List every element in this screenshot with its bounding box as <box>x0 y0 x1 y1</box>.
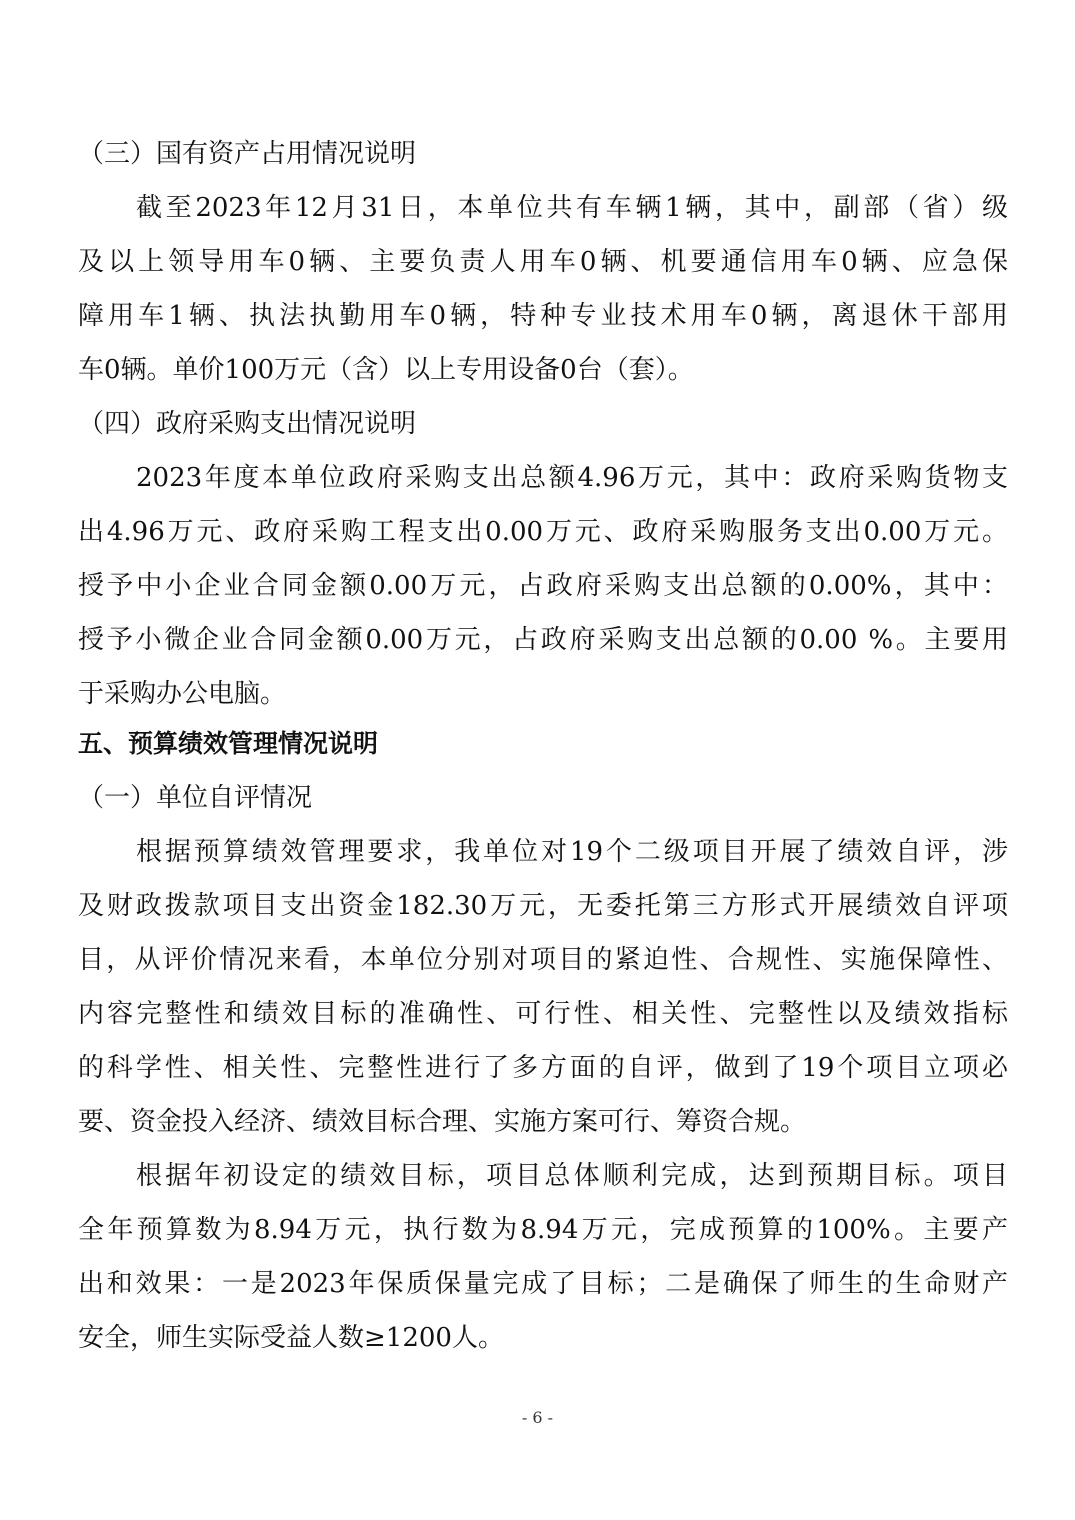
paragraph-line: 车0辆。单价100万元（含）以上专用设备0台（套）。 <box>78 352 1008 388</box>
section-heading-self-evaluation: （一）单位自评情况 <box>78 780 1008 816</box>
paragraph-line: 障用车1辆、执法执勤用车0辆，特种专业技术用车0辆，离退休干部用 <box>78 298 1008 334</box>
paragraph-line: 截至2023年12月31日，本单位共有车辆1辆，其中，副部（省）级 <box>78 190 1008 226</box>
page-number: - 6 - <box>0 1408 1075 1427</box>
section-heading-procurement: （四）政府采购支出情况说明 <box>78 406 1008 442</box>
paragraph-line: 要、资金投入经济、绩效目标合理、实施方案可行、筹资合规。 <box>78 1104 1008 1140</box>
paragraph-line: 出4.96万元、政府采购工程支出0.00万元、政府采购服务支出0.00万元。 <box>78 514 1008 550</box>
paragraph-line: 根据预算绩效管理要求，我单位对19个二级项目开展了绩效自评，涉 <box>78 834 1008 870</box>
paragraph-line: 及以上领导用车0辆、主要负责人用车0辆、机要通信用车0辆、应急保 <box>78 244 1008 280</box>
paragraph-line: 根据年初设定的绩效目标，项目总体顺利完成，达到预期目标。项目 <box>78 1158 1008 1194</box>
paragraph-line: 及财政拨款项目支出资金182.30万元，无委托第三方形式开展绩效自评项 <box>78 888 1008 924</box>
part-heading-performance: 五、预算绩效管理情况说明 <box>78 726 1008 762</box>
paragraph-line: 于采购办公电脑。 <box>78 676 1008 712</box>
paragraph-line: 授予中小企业合同金额0.00万元，占政府采购支出总额的0.00%，其中： <box>78 568 1008 604</box>
paragraph-line: 目，从评价情况来看，本单位分别对项目的紧迫性、合规性、实施保障性、 <box>78 942 1008 978</box>
section-heading-state-assets: （三）国有资产占用情况说明 <box>78 136 1008 172</box>
paragraph-line: 全年预算数为8.94万元，执行数为8.94万元，完成预算的100%。主要产 <box>78 1212 1008 1248</box>
paragraph-line: 出和效果：一是2023年保质保量完成了目标；二是确保了师生的生命财产 <box>78 1266 1008 1302</box>
paragraph-line: 的科学性、相关性、完整性进行了多方面的自评，做到了19个项目立项必 <box>78 1050 1008 1086</box>
paragraph-line: 内容完整性和绩效目标的准确性、可行性、相关性、完整性以及绩效指标 <box>78 996 1008 1032</box>
paragraph-line: 授予小微企业合同金额0.00万元，占政府采购支出总额的0.00 %。主要用 <box>78 622 1008 658</box>
paragraph-line: 2023年度本单位政府采购支出总额4.96万元，其中：政府采购货物支 <box>78 460 1008 496</box>
paragraph-line: 安全，师生实际受益人数≥1200人。 <box>78 1320 1008 1356</box>
